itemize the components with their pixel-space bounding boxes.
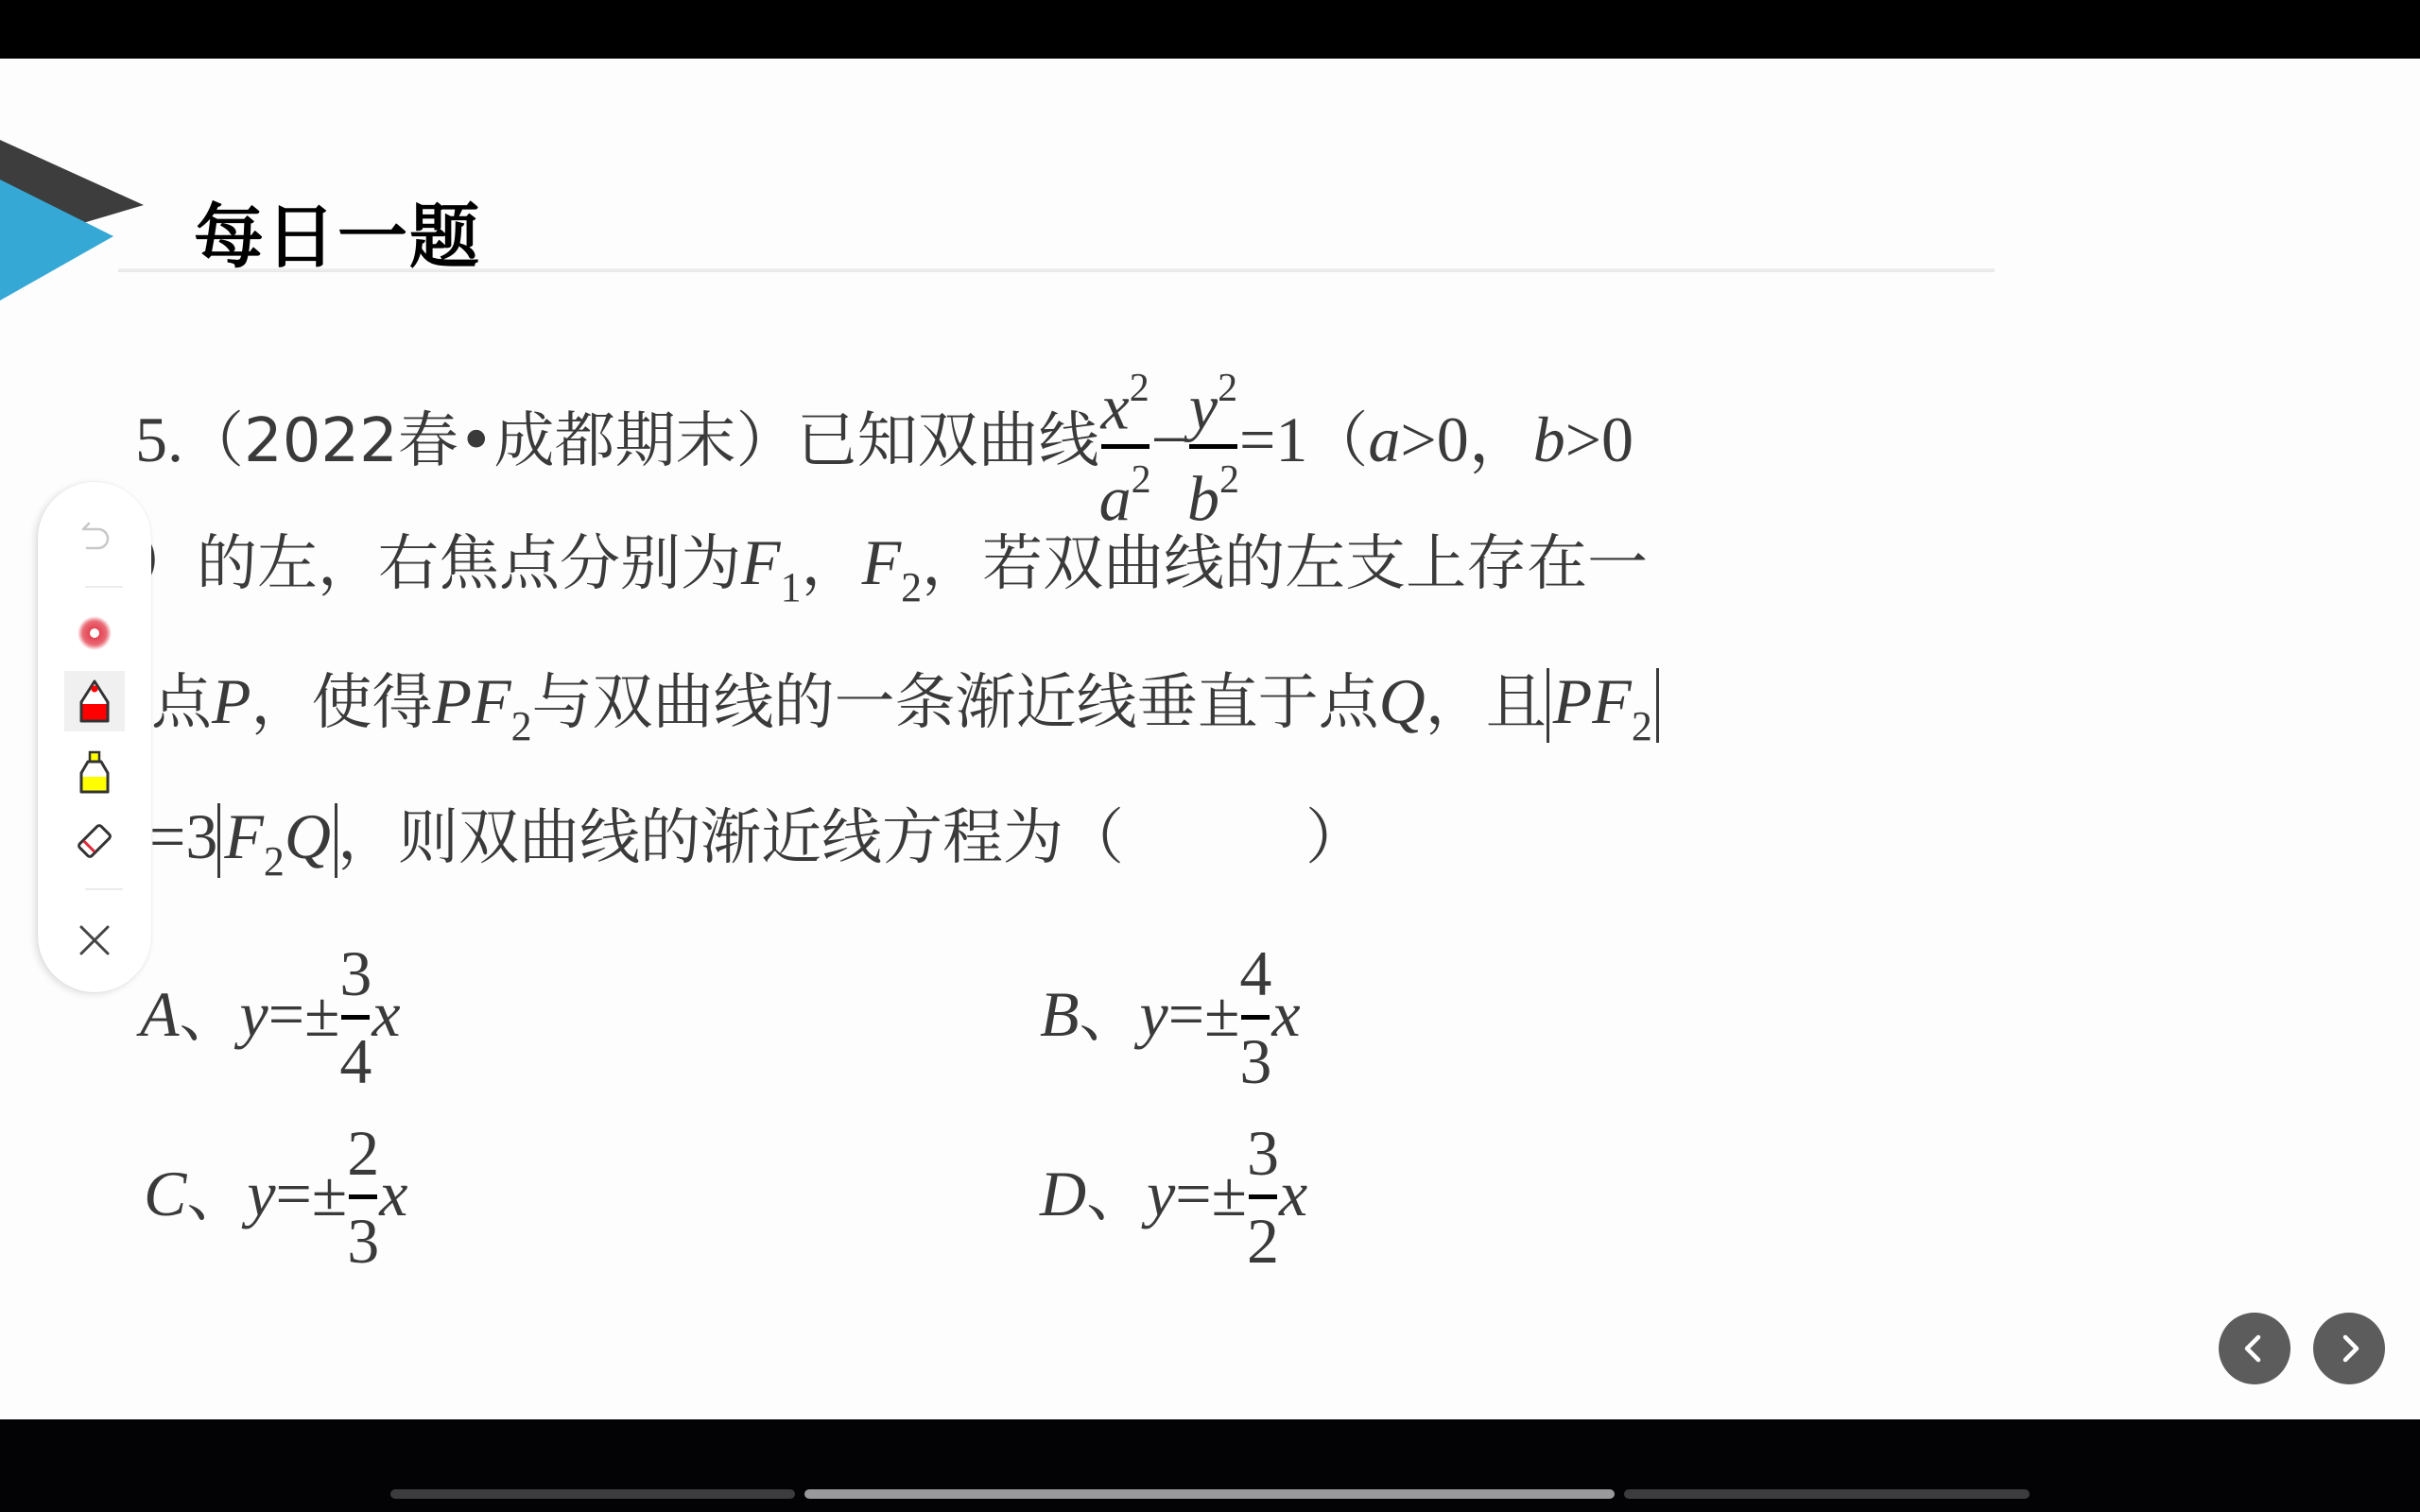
progress-segment-2-active[interactable] — [804, 1489, 1615, 1499]
question-line-4: =3F2Q，则双曲线的渐近线方程为（ ） — [149, 799, 1366, 878]
chevron-left-icon — [2238, 1332, 2272, 1366]
next-slide-button[interactable] — [2313, 1313, 2385, 1384]
title-divider — [118, 268, 1995, 272]
highlighter-icon — [76, 748, 113, 796]
fraction-y2-b2: y2b2 — [1187, 357, 1239, 535]
progress-segment-3[interactable] — [1624, 1489, 2030, 1499]
close-toolbar-button[interactable] — [38, 907, 151, 973]
title-decoration-icon — [0, 0, 189, 321]
progress-segment-1[interactable] — [390, 1489, 795, 1499]
laser-pointer-button[interactable] — [38, 605, 151, 661]
slide-title: 每日一题 — [194, 195, 481, 280]
undo-button[interactable] — [38, 506, 151, 572]
highlighter-button[interactable] — [38, 742, 151, 802]
eraser-icon — [72, 818, 117, 864]
option-b[interactable]: B、y=±43x — [1040, 936, 1301, 1107]
fraction-x2-a2: x2a2 — [1099, 357, 1151, 535]
close-icon — [74, 919, 115, 961]
laser-pointer-icon — [74, 612, 115, 654]
pen-button[interactable] — [64, 671, 125, 731]
question-number: 5. — [135, 404, 183, 475]
question-line-3: 点P，使得PF2与双曲线的一条渐近线垂直于点Q，且PF2 — [151, 663, 1659, 747]
question-source: （2022春•成都期末） — [183, 406, 797, 476]
option-d[interactable]: D、y=±32x — [1040, 1115, 1307, 1286]
top-black-bar — [0, 0, 2420, 59]
question-line-2: ）的左，右焦点分别为F1，F2，若双曲线的左支上存在一 — [132, 524, 1648, 609]
option-a[interactable]: A、y=±34x — [140, 936, 401, 1107]
annotation-toolbar — [38, 482, 151, 992]
chevron-right-icon — [2332, 1332, 2366, 1366]
question-line-1: 5.（2022春•成都期末）已知双曲线x2a2−y2b2=1（a>0，b>0 — [135, 357, 1633, 535]
pen-icon — [76, 678, 113, 725]
option-c[interactable]: C、y=±23x — [144, 1115, 407, 1286]
undo-icon — [74, 518, 115, 559]
eraser-button[interactable] — [38, 808, 151, 874]
previous-slide-button[interactable] — [2219, 1313, 2290, 1384]
